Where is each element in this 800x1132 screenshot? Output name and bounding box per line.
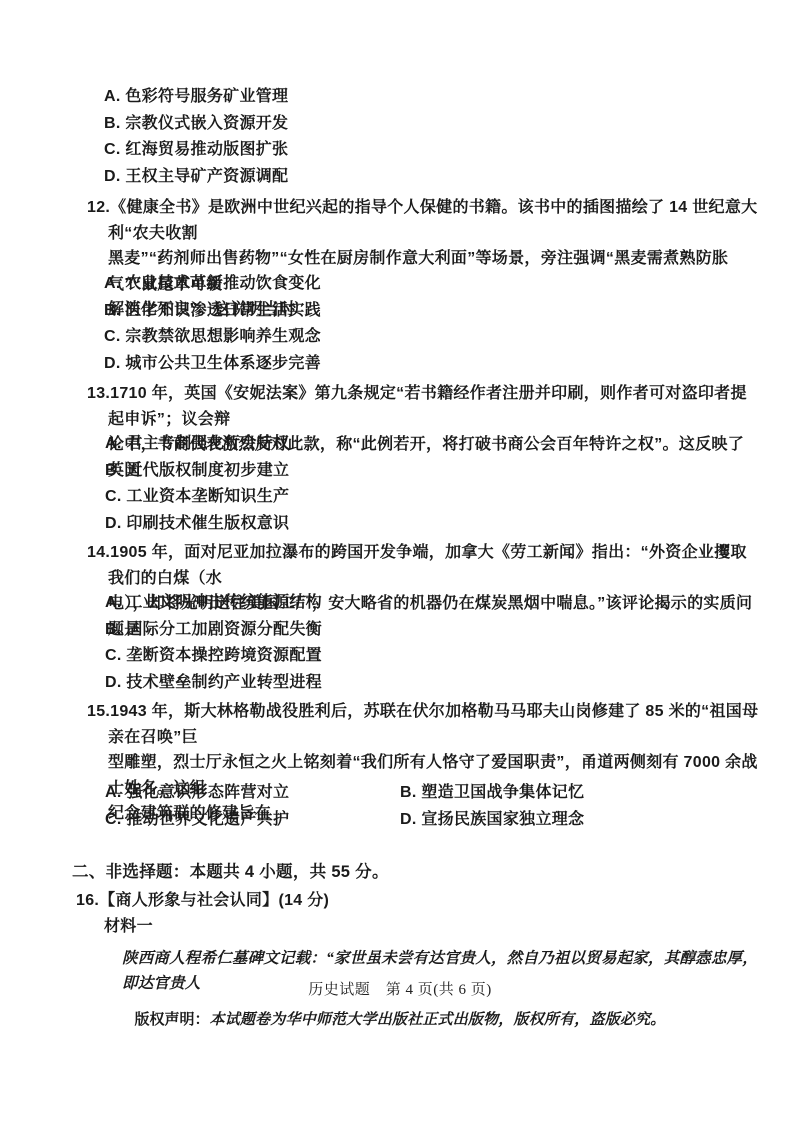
question-13-options: A. 君主专制强化行会特权 B. 近代版权制度初步建立 C. 工业资本垄断知识生… (105, 431, 665, 537)
footer-copyright-text: 本试题卷为华中师范大学出版社正式出版物，版权所有，盗版必究。 (210, 1012, 666, 1028)
question-16-material-one-label: 材料一 (104, 914, 153, 941)
footer-page-number: 历史试题 第 4 页(共 6 页) (0, 978, 800, 999)
question-12-options: A. 农业技术革新推动饮食变化 B. 医学知识渗透日常生活实践 C. 宗教禁欲思… (104, 271, 664, 377)
footer-copyright-label: 版权声明： (134, 1011, 209, 1028)
question-14-options: A. 工业文明冲击传统能源结构 B. 国际分工加剧资源分配失衡 C. 垄断资本操… (105, 590, 665, 696)
question-15-options: A. 强化意识形态阵营对立 B. 塑造卫国战争集体记忆 C. 推动世界文化遗产共… (105, 780, 584, 833)
question-15-option-d: D. 宣扬民族国家独立理念 (400, 807, 584, 834)
question-11-options: A. 色彩符号服务矿业管理 B. 宗教仪式嵌入资源开发 C. 红海贸易推动版图扩… (104, 84, 664, 190)
question-15-option-a: A. 强化意识形态阵营对立 (105, 780, 400, 807)
question-16-title: 16.【商人形象与社会认同】(14 分) (76, 888, 329, 915)
exam-paper-page: A. 色彩符号服务矿业管理 B. 宗教仪式嵌入资源开发 C. 红海贸易推动版图扩… (0, 0, 800, 1132)
question-15-option-c: C. 推动世界文化遗产共护 (105, 807, 400, 834)
footer-copyright: 版权声明：本试题卷为华中师范大学出版社正式出版物，版权所有，盗版必究。 (0, 1008, 800, 1029)
question-15-option-b: B. 塑造卫国战争集体记忆 (400, 780, 584, 807)
section-2-header: 二、非选择题：本题共 4 小题，共 55 分。 (72, 859, 389, 886)
